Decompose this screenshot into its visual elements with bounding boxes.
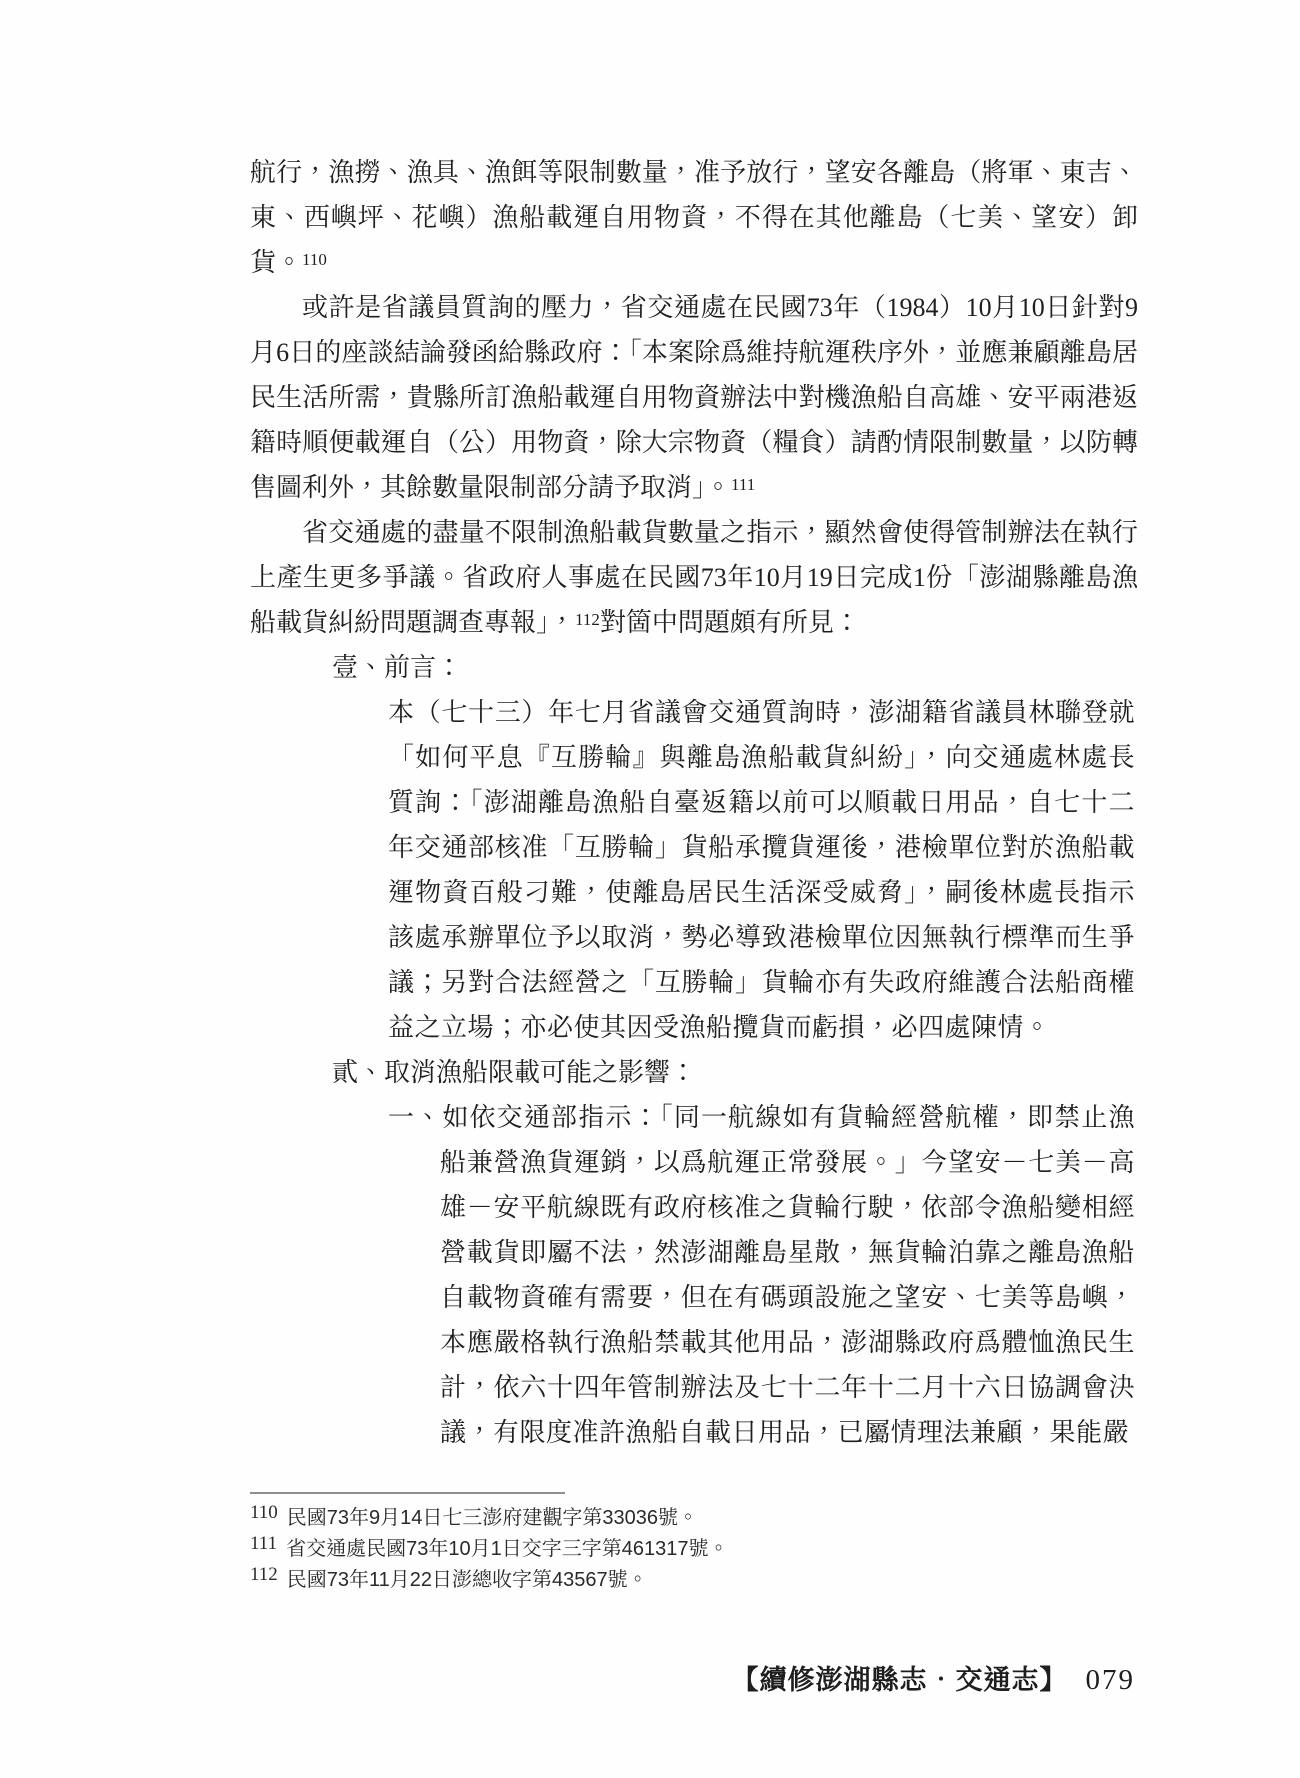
footnote-number: 110	[250, 1502, 278, 1523]
footnote-ref-111: 111	[731, 475, 755, 494]
footnote-number: 112	[250, 1564, 278, 1585]
footnote-ref-110: 110	[302, 250, 327, 269]
footnote-ref-112: 112	[575, 610, 600, 629]
document-page: 航行，漁撈、漁具、漁餌等限制數量，准予放行，望安各離島（將軍、東吉、東、西嶼坪、…	[0, 0, 1300, 1778]
footnote-text: 省交通處民國73年10月1日交字三字第461317號。	[286, 1538, 728, 1560]
footnote-text: 民國73年9月14日七三澎府建觀字第33036號。	[287, 1507, 698, 1529]
footnote-text: 民國73年11月22日澎總收字第43567號。	[287, 1569, 648, 1591]
paragraph-text: 航行，漁撈、漁具、漁餌等限制數量，准予放行，望安各離島（將軍、東吉、東、西嶼坪、…	[250, 158, 1138, 277]
paragraph: 省交通處的盡量不限制漁船載貨數量之指示，顯然會使得管制辦法在執行上產生更多爭議。…	[250, 510, 1138, 645]
footnote-number: 111	[250, 1533, 277, 1554]
quote-paragraph: 本（七十三）年七月省議會交通質詢時，澎湖籍省議員林聯登就「如何平息『互勝輪』與離…	[388, 690, 1135, 1050]
footnote-112: 112民國73年11月22日澎總收字第43567號。	[250, 1565, 1138, 1596]
footnote-separator	[250, 1492, 565, 1494]
paragraph-text: 對箇中問題頗有所見：	[600, 608, 860, 637]
quote-section-heading-2: 貳、取消漁船限載可能之影響：	[332, 1050, 1138, 1095]
footnote-111: 111省交通處民國73年10月1日交字三字第461317號。	[250, 1534, 1138, 1565]
running-title: 【續修澎湖縣志．交通志】	[732, 1665, 1068, 1695]
paragraph: 或許是省議員質詢的壓力，省交通處在民國73年（1984）10月10日針對9月6日…	[250, 285, 1138, 510]
quote-section-heading-1: 壹、前言：	[332, 645, 1138, 690]
page-footer: 【續修澎湖縣志．交通志】079	[732, 1658, 1136, 1697]
quote-list-item-1: 一、如依交通部指示：「同一航線如有貨輪經營航權，即禁止漁船兼營漁貨運銷，以爲航運…	[388, 1095, 1135, 1455]
paragraph-text: 或許是省議員質詢的壓力，省交通處在民國73年（1984）10月10日針對9月6日…	[250, 293, 1138, 502]
page-number: 079	[1086, 1664, 1136, 1696]
footnote-110: 110民國73年9月14日七三澎府建觀字第33036號。	[250, 1503, 1138, 1534]
page-body: 航行，漁撈、漁具、漁餌等限制數量，准予放行，望安各離島（將軍、東吉、東、西嶼坪、…	[250, 150, 1138, 1455]
paragraph-continuation: 航行，漁撈、漁具、漁餌等限制數量，准予放行，望安各離島（將軍、東吉、東、西嶼坪、…	[250, 150, 1138, 285]
footnotes-section: 110民國73年9月14日七三澎府建觀字第33036號。 111省交通處民國73…	[250, 1492, 1138, 1596]
